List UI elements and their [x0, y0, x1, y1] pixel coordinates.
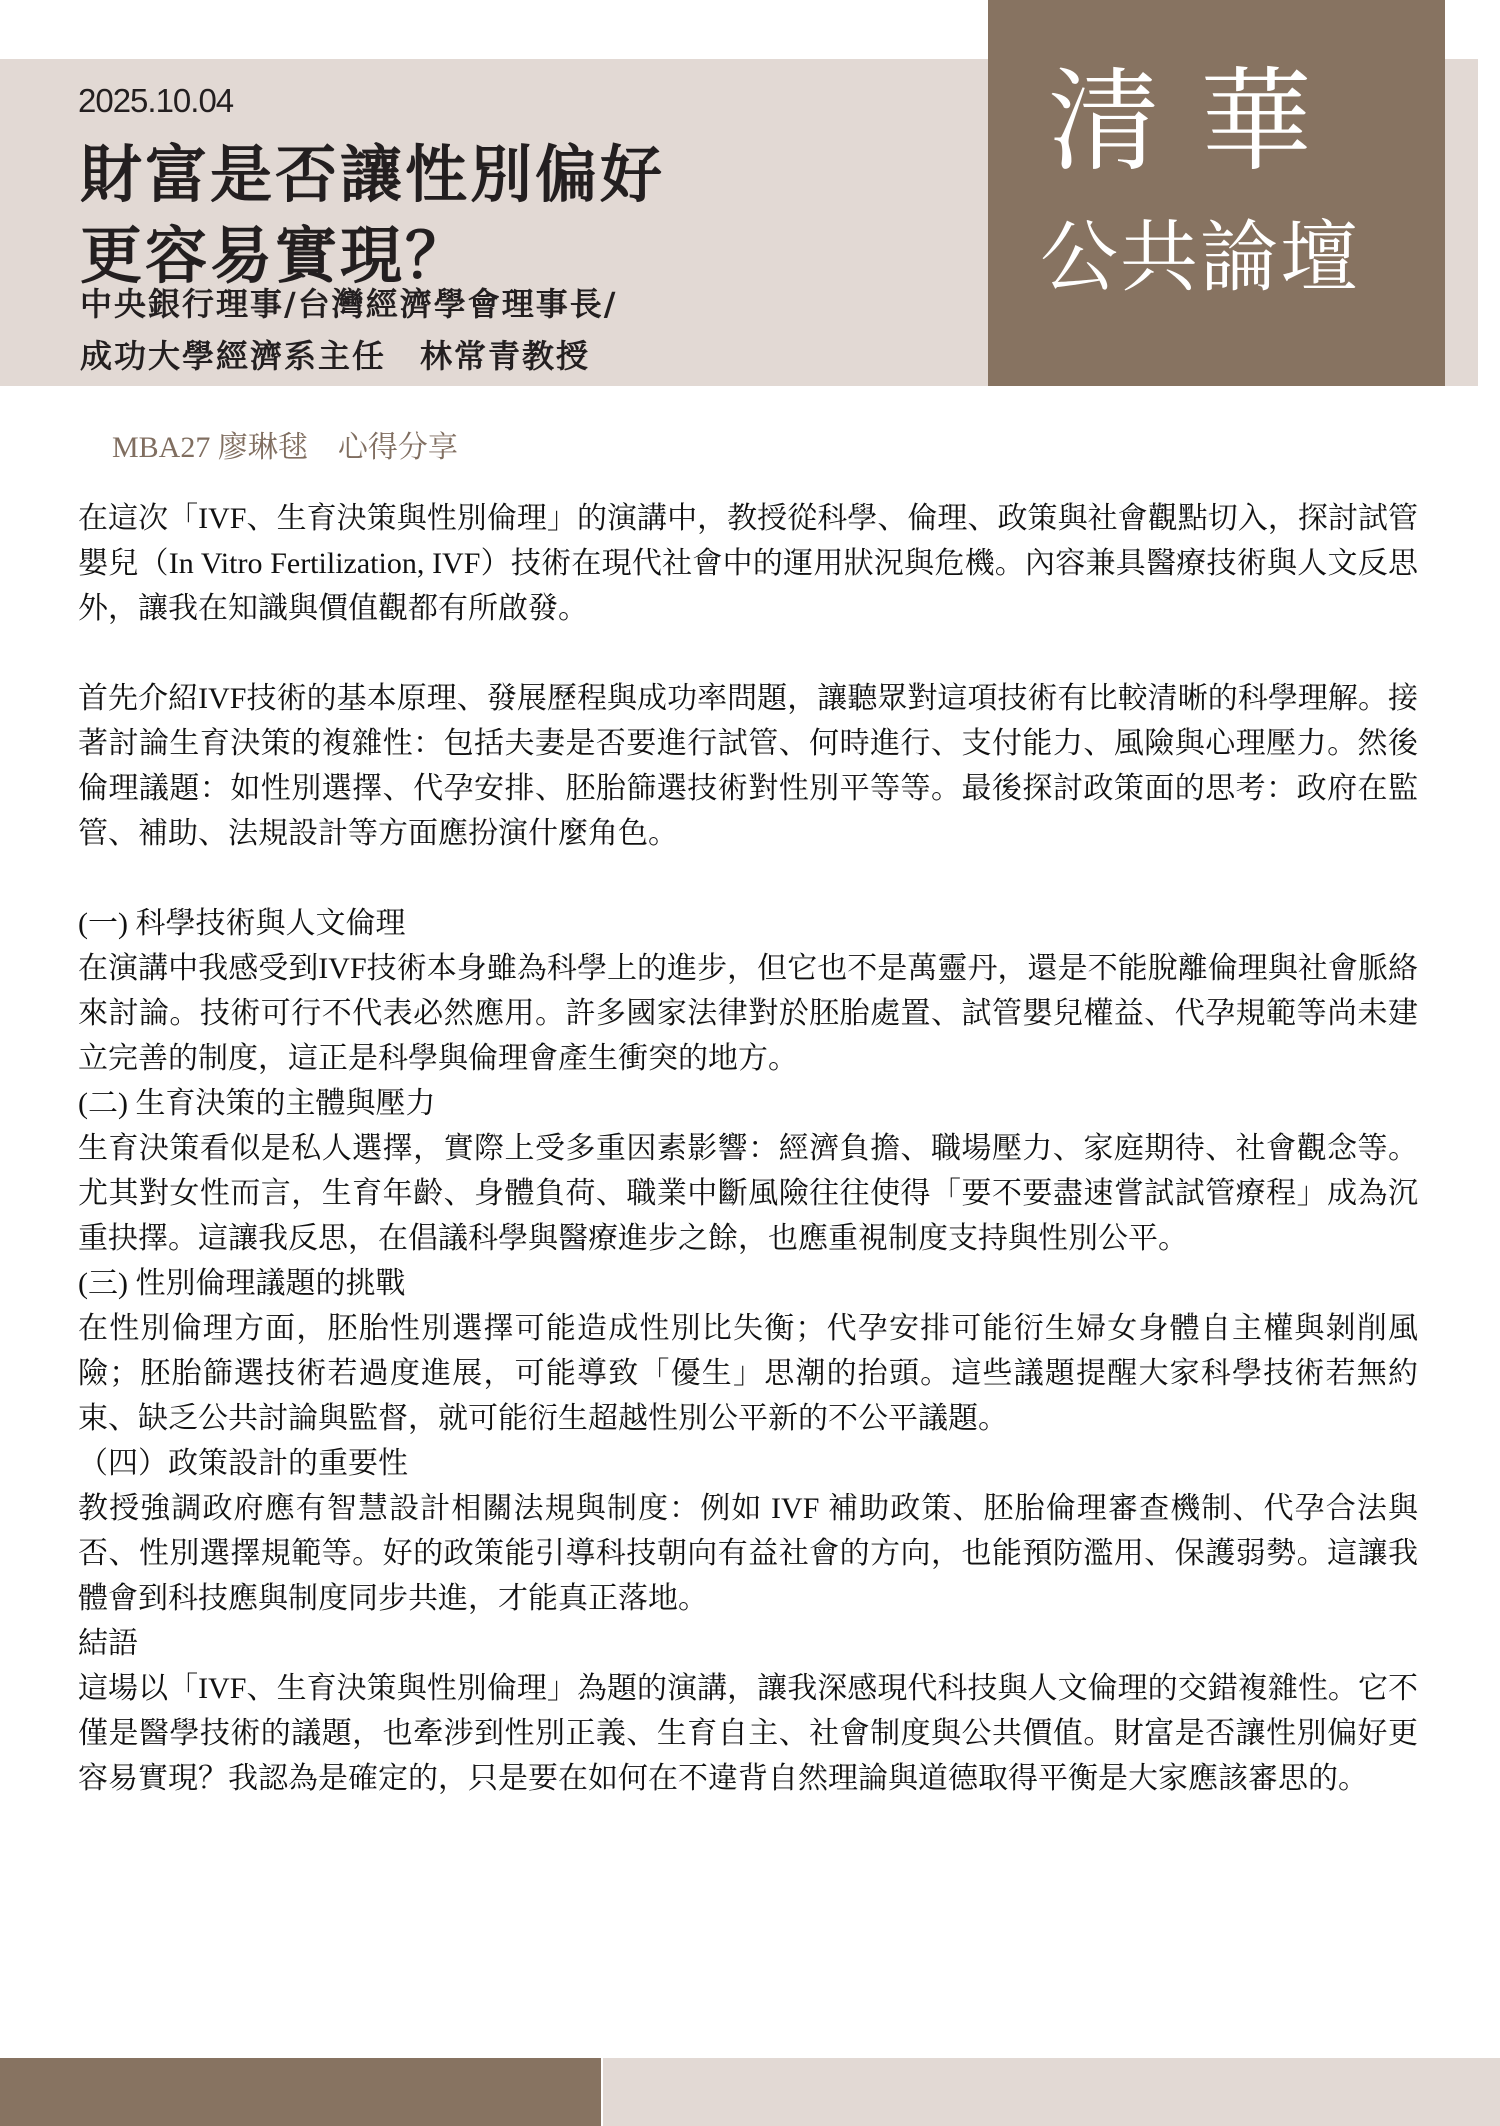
- logo-line-1: 清華: [1048, 52, 1352, 192]
- section-body: 教授強調政府應有智慧設計相關法規與制度：例如 IVF 補助政策、胚胎倫理審查機制…: [78, 1486, 1418, 1621]
- speaker-line-1: 中央銀行理事/台灣經濟學會理事長/: [80, 278, 617, 330]
- section-body: 在演講中我感受到IVF技術本身雖為科學上的進步，但它也不是萬靈丹，還是不能脫離倫…: [78, 946, 1418, 1081]
- footer-bar-brown: [0, 2058, 601, 2126]
- forum-logo: 清華 公共論壇: [988, 0, 1445, 386]
- conclusion-body: 這場以「IVF、生育決策與性別倫理」為題的演講，讓我深感現代科技與人文倫理的交錯…: [78, 1666, 1418, 1801]
- author-byline: MBA27 廖琳毬 心得分享: [112, 422, 458, 466]
- event-date: 2025.10.04: [78, 82, 233, 120]
- section-heading: (三) 性別倫理議題的挑戰: [78, 1261, 1418, 1306]
- section-body: 在性別倫理方面，胚胎性別選擇可能造成性別比失衡；代孕安排可能衍生婦女身體自主權與…: [78, 1306, 1418, 1441]
- page-title: 財富是否讓性別偏好 更容易實現？: [80, 134, 665, 296]
- footer-bar-beige: [603, 2058, 1500, 2126]
- article-body: 在這次「IVF、生育決策與性別倫理」的演講中，教授從科學、倫理、政策與社會觀點切…: [78, 496, 1418, 1801]
- section-heading: （四）政策設計的重要性: [78, 1441, 1418, 1486]
- intro-paragraph: 在這次「IVF、生育決策與性別倫理」的演講中，教授從科學、倫理、政策與社會觀點切…: [78, 496, 1418, 631]
- conclusion-heading: 結語: [78, 1621, 1418, 1666]
- logo-line-2: 公共論壇: [1040, 208, 1360, 308]
- speaker-line-2: 成功大學經濟系主任 林常青教授: [80, 330, 617, 382]
- section-heading: (一) 科學技術與人文倫理: [78, 901, 1418, 946]
- paragraph-spacer: [78, 856, 1418, 901]
- section-body: 生育決策看似是私人選擇，實際上受多重因素影響：經濟負擔、職場壓力、家庭期待、社會…: [78, 1126, 1418, 1261]
- title-line-1: 財富是否讓性別偏好: [80, 138, 665, 211]
- section-heading: (二) 生育決策的主體與壓力: [78, 1081, 1418, 1126]
- paragraph-spacer: [78, 631, 1418, 676]
- overview-paragraph: 首先介紹IVF技術的基本原理、發展歷程與成功率問題，讓聽眾對這項技術有比較清晰的…: [78, 676, 1418, 856]
- speaker-credentials: 中央銀行理事/台灣經濟學會理事長/ 成功大學經濟系主任 林常青教授: [80, 278, 617, 382]
